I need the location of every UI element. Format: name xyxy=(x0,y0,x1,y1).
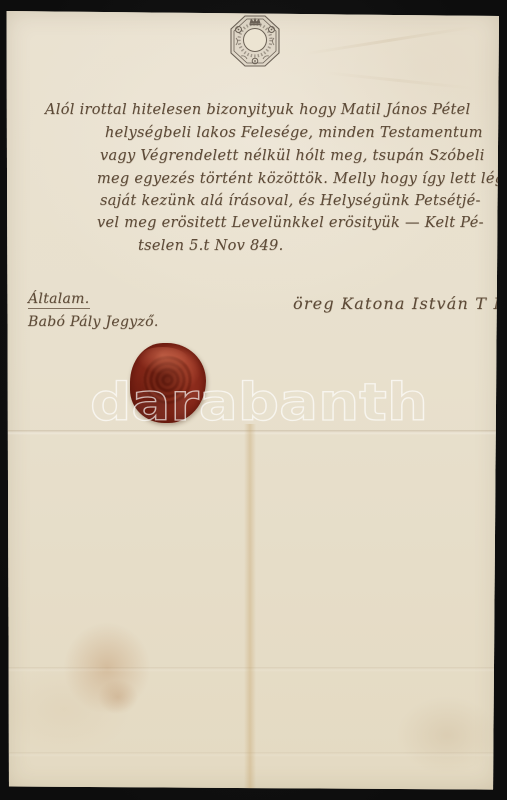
darabanth-watermark: darabanth xyxy=(88,374,432,432)
revenue-stamp-icon xyxy=(227,12,283,70)
body-line: helységbeli lakos Felesége, minden Testa… xyxy=(105,126,483,141)
vertical-fold-crease xyxy=(244,424,256,792)
body-line: vagy Végrendelett nélkül hólt meg, tsupá… xyxy=(100,149,485,164)
document-paper: Alól irottal hitelesen bizonyityuk hogy … xyxy=(4,9,501,792)
judge-signature: öreg Katona István T B xyxy=(293,294,506,313)
notary-signature: Babó Pály Jegyző. xyxy=(28,314,159,330)
body-line: Alól irottal hitelesen bizonyityuk hogy … xyxy=(45,103,470,118)
signature-left-label: Általam. xyxy=(28,291,90,309)
paper-crease xyxy=(305,26,473,56)
paper-crease xyxy=(324,71,473,90)
body-line: tselen 5.t Nov 849. xyxy=(138,239,284,254)
photo-background: Alól irottal hitelesen bizonyityuk hogy … xyxy=(0,0,507,800)
body-line: vel meg erösitett Levelünkkel erösityük … xyxy=(97,216,484,231)
watermark-text: darabanth xyxy=(90,374,428,432)
body-line: meg egyezés történt közöttök. Melly hogy… xyxy=(97,172,507,187)
body-line: saját kezünk alá írásoval, és Helységünk… xyxy=(100,194,481,209)
horizontal-fold-crease xyxy=(4,752,501,757)
horizontal-fold-crease xyxy=(4,667,501,672)
